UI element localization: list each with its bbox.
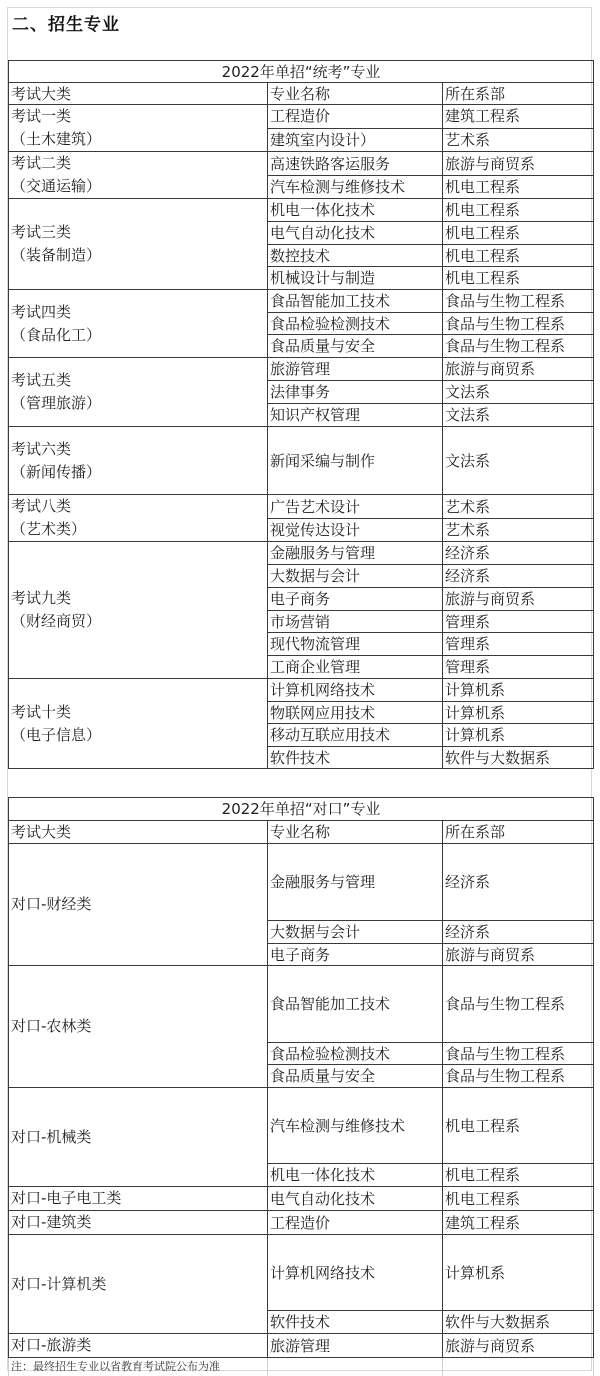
table-row: 对口-财经类 金融服务与管理 经济系 (9, 844, 594, 921)
header-row: 考试大类 专业名称 所在系部 (9, 821, 594, 844)
category-cell: 考试六类 （新闻传播） (9, 427, 268, 495)
major-cell: 现代物流管理 (268, 633, 443, 656)
table-row: 考试六类 （新闻传播） 新闻采编与制作 文法系 (9, 427, 594, 495)
major-cell: 旅游管理 (268, 1334, 443, 1358)
major-cell: 大数据与会计 (268, 921, 443, 944)
dept-cell: 建筑工程系 (443, 105, 594, 129)
empty-cell (443, 1358, 594, 1376)
header-dept: 所在系部 (443, 83, 594, 105)
major-cell: 新闻采编与制作 (268, 427, 443, 495)
major-cell: 电子商务 (268, 944, 443, 966)
major-cell: 汽车检测与维修技术 (268, 176, 443, 199)
category-cell: 考试四类 （食品化工） (9, 290, 268, 358)
dept-cell: 旅游与商贸系 (443, 152, 594, 176)
dept-cell: 文法系 (443, 381, 594, 404)
major-cell: 视觉传达设计 (268, 519, 443, 542)
dept-cell: 文法系 (443, 427, 594, 495)
header-major: 专业名称 (268, 821, 443, 844)
dept-cell: 食品与生物工程系 (443, 1043, 594, 1065)
table-row: 考试五类 （管理旅游） 旅游管理 旅游与商贸系 (9, 358, 594, 381)
table-title: 2022年单招“对口”专业 (9, 798, 594, 821)
dept-cell: 机电工程系 (443, 245, 594, 267)
major-cell: 机电一体化技术 (268, 1164, 443, 1187)
dept-cell: 食品与生物工程系 (443, 313, 594, 335)
counterpart-table: 2022年单招“对口”专业 考试大类 专业名称 所在系部 对口-财经类 金融服务… (8, 797, 594, 1376)
dept-cell: 旅游与商贸系 (443, 358, 594, 381)
category-cell: 考试三类 （装备制造） (9, 199, 268, 290)
dept-cell: 管理系 (443, 633, 594, 656)
dept-cell: 食品与生物工程系 (443, 335, 594, 358)
major-cell: 工程造价 (268, 1211, 443, 1235)
table-row: 考试四类 （食品化工） 食品智能加工技术 食品与生物工程系 (9, 290, 594, 313)
table-row: 对口-建筑类 工程造价 建筑工程系 (9, 1211, 594, 1235)
major-cell: 食品检验检测技术 (268, 1043, 443, 1065)
dept-cell: 艺术系 (443, 495, 594, 519)
header-category: 考试大类 (9, 83, 268, 105)
major-cell: 旅游管理 (268, 358, 443, 381)
dept-cell: 食品与生物工程系 (443, 966, 594, 1043)
dept-cell: 软件与大数据系 (443, 1311, 594, 1334)
dept-cell: 旅游与商贸系 (443, 588, 594, 611)
major-cell: 软件技术 (268, 1311, 443, 1334)
dept-cell: 软件与大数据系 (443, 747, 594, 769)
category-cell: 对口-电子电工类 (9, 1187, 268, 1211)
dept-cell: 艺术系 (443, 128, 594, 152)
category-cell: 对口-建筑类 (9, 1211, 268, 1235)
major-cell: 知识产权管理 (268, 404, 443, 427)
major-cell: 大数据与会计 (268, 565, 443, 588)
dept-cell: 机电工程系 (443, 267, 594, 290)
dept-cell: 经济系 (443, 565, 594, 588)
table-row: 考试二类 （交通运输） 高速铁路客运服务 旅游与商贸系 (9, 152, 594, 176)
major-cell: 食品智能加工技术 (268, 966, 443, 1043)
table-row: 对口-农林类 食品智能加工技术 食品与生物工程系 (9, 966, 594, 1043)
major-cell: 食品检验检测技术 (268, 313, 443, 335)
table-row: 对口-计算机类 计算机网络技术 计算机系 (9, 1235, 594, 1311)
dept-cell: 机电工程系 (443, 222, 594, 245)
category-cell: 考试十类 （电子信息） (9, 679, 268, 769)
major-cell: 数控技术 (268, 245, 443, 267)
dept-cell: 艺术系 (443, 519, 594, 542)
dept-cell: 建筑工程系 (443, 1211, 594, 1235)
table-row: 对口-机械类 汽车检测与维修技术 机电工程系 (9, 1088, 594, 1164)
dept-cell: 旅游与商贸系 (443, 944, 594, 966)
dept-cell: 经济系 (443, 844, 594, 921)
major-cell: 工程造价 (268, 105, 443, 129)
major-cell: 法律事务 (268, 381, 443, 404)
header-category: 考试大类 (9, 821, 268, 844)
major-cell: 软件技术 (268, 747, 443, 769)
dept-cell: 机电工程系 (443, 1088, 594, 1164)
dept-cell: 机电工程系 (443, 199, 594, 222)
empty-cell (268, 1358, 443, 1376)
category-cell: 对口-机械类 (9, 1088, 268, 1187)
table-title: 2022年单招“统考”专业 (9, 61, 594, 83)
major-cell: 移动互联应用技术 (268, 724, 443, 747)
major-cell: 计算机网络技术 (268, 1235, 443, 1311)
table-row: 考试八类 （艺术类） 广告艺术设计 艺术系 (9, 495, 594, 519)
dept-cell: 文法系 (443, 404, 594, 427)
table-row: 对口-电子电工类 电气自动化技术 机电工程系 (9, 1187, 594, 1211)
major-cell: 电气自动化技术 (268, 1187, 443, 1211)
table-row: 考试一类 （土木建筑） 工程造价 建筑工程系 (9, 105, 594, 129)
dept-cell: 机电工程系 (443, 1164, 594, 1187)
category-cell: 考试五类 （管理旅游） (9, 358, 268, 427)
footnote: 注：最终招生专业以省教育考试院公布为准 (9, 1358, 268, 1376)
dept-cell: 机电工程系 (443, 1187, 594, 1211)
dept-cell: 经济系 (443, 542, 594, 565)
category-cell: 对口-计算机类 (9, 1235, 268, 1334)
major-cell: 金融服务与管理 (268, 844, 443, 921)
category-cell: 考试九类 （财经商贸） (9, 542, 268, 679)
major-cell: 食品质量与安全 (268, 335, 443, 358)
dept-cell: 计算机系 (443, 724, 594, 747)
major-cell: 机电一体化技术 (268, 199, 443, 222)
category-cell: 考试二类 （交通运输） (9, 152, 268, 199)
major-cell: 高速铁路客运服务 (268, 152, 443, 176)
dept-cell: 经济系 (443, 921, 594, 944)
major-cell: 食品质量与安全 (268, 1065, 443, 1088)
dept-cell: 食品与生物工程系 (443, 1065, 594, 1088)
category-cell: 对口-农林类 (9, 966, 268, 1088)
table-row: 考试三类 （装备制造） 机电一体化技术 机电工程系 (9, 199, 594, 222)
category-cell: 考试一类 （土木建筑） (9, 105, 268, 152)
section-title: 二、招生专业 (12, 10, 120, 35)
dept-cell: 旅游与商贸系 (443, 1334, 594, 1358)
table-row: 考试九类 （财经商贸） 金融服务与管理 经济系 (9, 542, 594, 565)
category-cell: 对口-财经类 (9, 844, 268, 966)
major-cell: 电气自动化技术 (268, 222, 443, 245)
header-major: 专业名称 (268, 83, 443, 105)
category-cell: 考试八类 （艺术类） (9, 495, 268, 542)
header-row: 考试大类 专业名称 所在系部 (9, 83, 594, 105)
major-cell: 汽车检测与维修技术 (268, 1088, 443, 1164)
dept-cell: 计算机系 (443, 702, 594, 724)
major-cell: 市场营销 (268, 611, 443, 633)
header-dept: 所在系部 (443, 821, 594, 844)
unified-exam-table: 2022年单招“统考”专业 考试大类 专业名称 所在系部 考试一类 （土木建筑）… (8, 60, 594, 769)
major-cell: 建筑室内设计） (268, 128, 443, 152)
major-cell: 机械设计与制造 (268, 267, 443, 290)
major-cell: 计算机网络技术 (268, 679, 443, 702)
note-row: 注：最终招生专业以省教育考试院公布为准 (9, 1358, 594, 1376)
major-cell: 金融服务与管理 (268, 542, 443, 565)
dept-cell: 计算机系 (443, 1235, 594, 1311)
dept-cell: 食品与生物工程系 (443, 290, 594, 313)
major-cell: 广告艺术设计 (268, 495, 443, 519)
table-row: 考试十类 （电子信息） 计算机网络技术 计算机系 (9, 679, 594, 702)
dept-cell: 计算机系 (443, 679, 594, 702)
dept-cell: 管理系 (443, 611, 594, 633)
dept-cell: 机电工程系 (443, 176, 594, 199)
major-cell: 食品智能加工技术 (268, 290, 443, 313)
dept-cell: 管理系 (443, 656, 594, 679)
major-cell: 物联网应用技术 (268, 702, 443, 724)
category-cell: 对口-旅游类 (9, 1334, 268, 1358)
major-cell: 工商企业管理 (268, 656, 443, 679)
table-row: 对口-旅游类 旅游管理 旅游与商贸系 (9, 1334, 594, 1358)
major-cell: 电子商务 (268, 588, 443, 611)
